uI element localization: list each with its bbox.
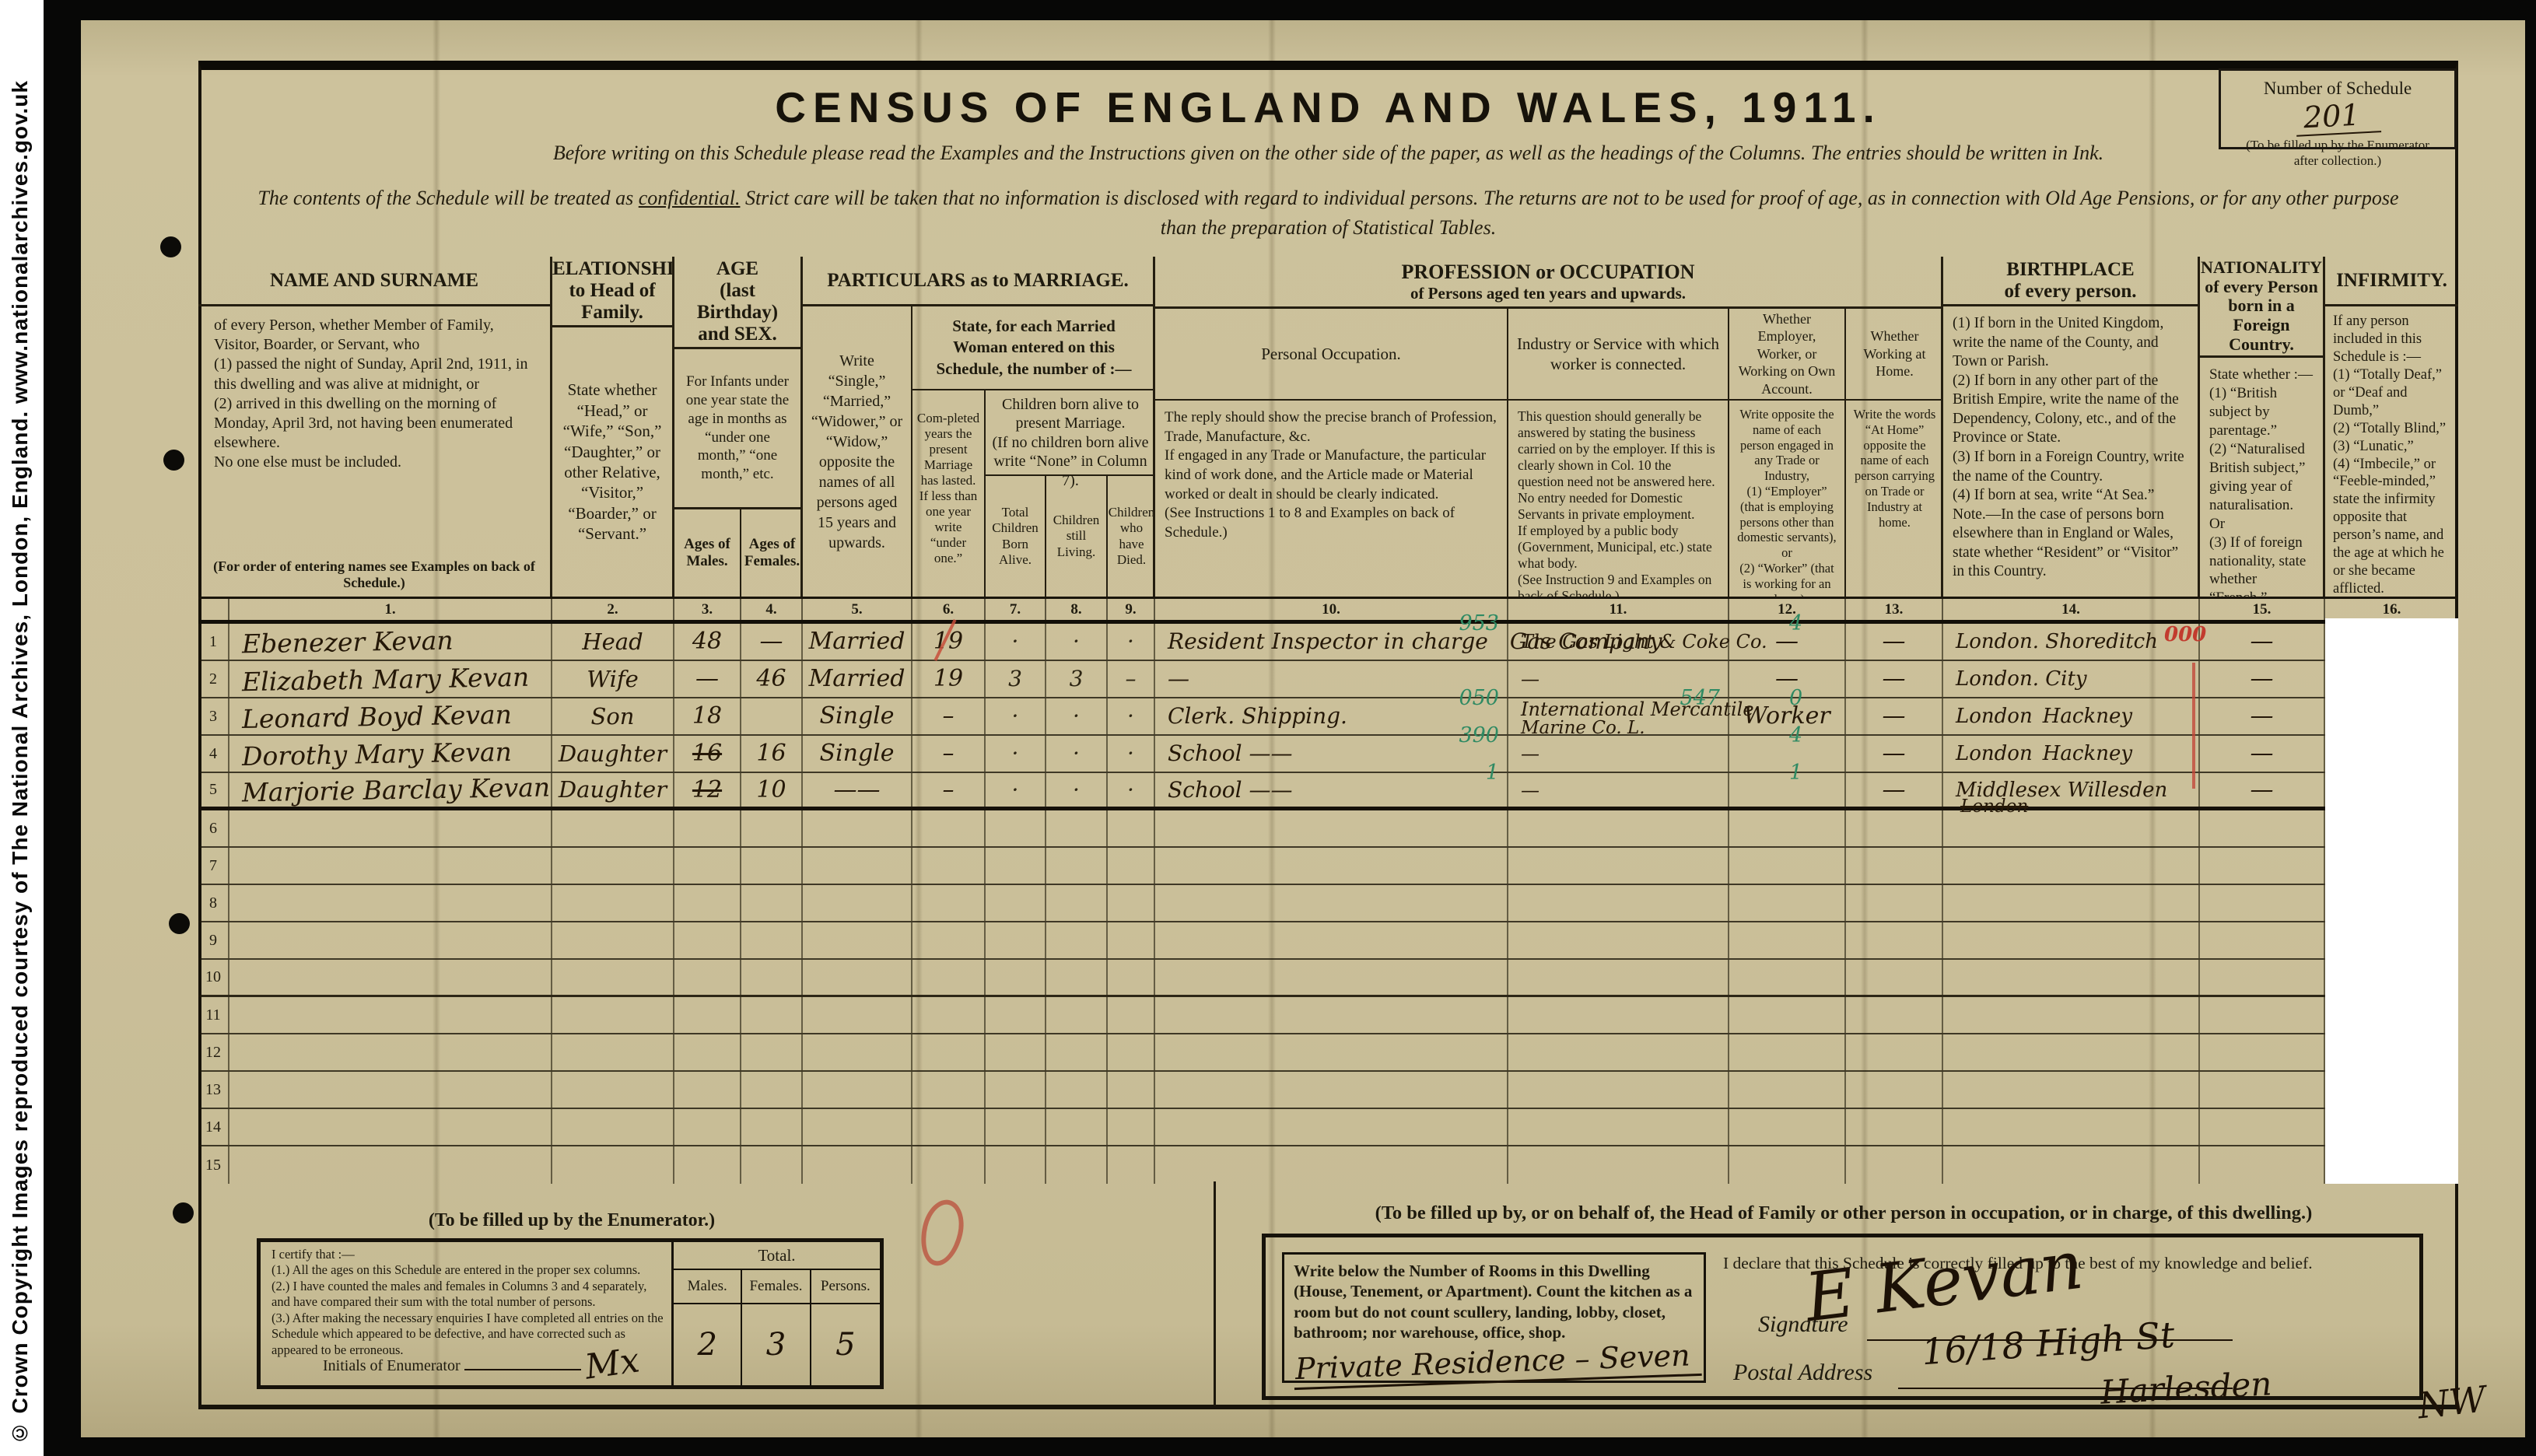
cell-marriage-condition — [803, 922, 912, 958]
cell-children-born — [986, 1146, 1046, 1184]
cell-at-home — [1846, 1109, 1943, 1145]
cell-children-living — [1046, 922, 1108, 958]
cell-age-females — [741, 1034, 803, 1070]
punch-hole — [173, 1202, 194, 1223]
cell-personal-occupation — [1155, 885, 1508, 921]
cell-text: Son — [590, 705, 634, 728]
instruction-line-1: Before writing on this Schedule please r… — [233, 142, 2423, 165]
cell-name: Ebenezer Kevan — [229, 624, 552, 660]
cell-birthplace — [1943, 997, 2200, 1033]
cell-text: London. Shoreditch — [1956, 632, 2158, 652]
cell-text: – — [943, 779, 955, 802]
cell-text: · — [1073, 631, 1080, 653]
header-relationship: RELATIONSHIP to Head of Family. State wh… — [552, 257, 674, 597]
table-row: 6 — [198, 810, 2458, 848]
cell-text: 14 — [205, 1118, 221, 1136]
cell-text: — — [1883, 705, 1906, 728]
cell-relationship — [552, 1146, 674, 1184]
cell-age-males: 16 — [674, 736, 741, 772]
header-marriage: PARTICULARS as to MARRIAGE. Write “Singl… — [803, 257, 1155, 597]
cell-at-home — [1846, 885, 1943, 921]
cell-nationality — [2200, 810, 2325, 846]
cell-children-died — [1108, 1146, 1155, 1184]
cell-children-living — [1046, 1146, 1108, 1184]
cell-employer-worker: 1 — [1729, 773, 1846, 807]
cell-text: — — [1168, 668, 1189, 690]
cell-employer-worker: 4 — [1729, 736, 1846, 772]
cell-children-born — [986, 885, 1046, 921]
cell-age-females — [741, 1146, 803, 1184]
cell-children-died — [1108, 997, 1155, 1033]
cell-industry: International MercantileMarine Co. L.547 — [1508, 698, 1729, 734]
cell-name — [229, 1109, 552, 1145]
cell-children-living: · — [1046, 698, 1108, 734]
cell-text: 19 — [933, 630, 963, 653]
cell-years-married: – — [912, 736, 986, 772]
column-number-7: 7. — [986, 599, 1046, 620]
cell-industry — [1508, 1146, 1729, 1184]
column-number-13: 13. — [1846, 599, 1943, 620]
cell-relationship — [552, 885, 674, 921]
header-employer-worker: Whether Employer, Worker, or Working on … — [1729, 309, 1846, 597]
cell-industry — [1508, 922, 1729, 958]
cell-age-males: 18 — [674, 698, 741, 734]
cell-nationality — [2200, 922, 2325, 958]
cell-name — [229, 997, 552, 1033]
cell-text: — — [1521, 744, 1539, 763]
header-children-born: Total Children Born Alive. — [986, 476, 1046, 597]
cell-industry: — — [1508, 773, 1729, 807]
copyright-strip: © Crown Copyright Images reproduced cour… — [0, 0, 44, 1456]
cell-age-males — [674, 1109, 741, 1145]
rooms-instructions: Write below the Number of Rooms in this … — [1294, 1261, 1694, 1343]
cell-age-females — [741, 810, 803, 846]
cell-age-males — [674, 922, 741, 958]
cell-age-males — [674, 885, 741, 921]
cell-children-died — [1108, 1034, 1155, 1070]
cell-text: · — [1012, 631, 1019, 653]
cell-children-living — [1046, 1072, 1108, 1108]
cell-age-males: 48 — [674, 624, 741, 660]
cell-text: 1 — [209, 633, 217, 651]
cell-birthplace — [1943, 960, 2200, 995]
cell-birthplace — [1943, 1146, 2200, 1184]
cell-text: 16 — [756, 742, 786, 765]
cell-row-number: 11 — [198, 997, 229, 1033]
column-number-5: 5. — [803, 599, 912, 620]
cell-age-females: — — [741, 624, 803, 660]
cell-text: — — [695, 667, 719, 691]
cell-children-born — [986, 1072, 1046, 1108]
cell-row-number: 6 — [198, 810, 229, 846]
cell-age-males: — — [674, 661, 741, 697]
cell-text: 16 — [692, 742, 722, 765]
cell-children-born: · — [986, 624, 1046, 660]
cell-at-home — [1846, 1072, 1943, 1108]
cell-text: London Hackney — [1956, 706, 2132, 726]
cell-children-born: · — [986, 773, 1046, 807]
cell-children-born: 3 — [986, 661, 1046, 697]
header-marriage-condition: Write “Single,” “Married,” “Widower,” or… — [803, 306, 912, 597]
cell-text: The Gas Light & Coke Co. — [1521, 632, 1767, 651]
cell-age-males — [674, 960, 741, 995]
cell-text: 3 — [1008, 668, 1022, 690]
green-clerk-code: 953 — [1459, 611, 1499, 635]
cell-children-born: · — [986, 736, 1046, 772]
column-number-blank — [198, 599, 229, 620]
females-total: 3 — [742, 1304, 811, 1385]
cell-text: Elizabeth Mary Kevan — [242, 663, 530, 694]
cell-employer-worker — [1729, 885, 1846, 921]
enumerator-initials: Initials of Enumerator Mx — [323, 1339, 639, 1379]
cell-children-born — [986, 848, 1046, 884]
cell-years-married — [912, 997, 986, 1033]
column-number-2: 2. — [552, 599, 674, 620]
cell-text: 3 — [1070, 668, 1084, 690]
cell-nationality — [2200, 1072, 2325, 1108]
header-children-died: Children who have Died. — [1108, 476, 1155, 597]
table-row: 11 — [198, 997, 2458, 1034]
cell-text: 12 — [692, 779, 722, 802]
cell-name — [229, 1034, 552, 1070]
cell-row-number: 1 — [198, 624, 229, 660]
cell-name: Leonard Boyd Kevan — [229, 698, 552, 734]
cell-age-females — [741, 1109, 803, 1145]
column-number-row: 1.2.3.4.5.6.7.8.9.10.11.12.13.14.15.16. — [198, 599, 2458, 624]
cell-age-females — [741, 848, 803, 884]
column-number-4: 4. — [741, 599, 803, 620]
cell-text: 5 — [209, 781, 217, 799]
cell-nationality: — — [2200, 773, 2325, 807]
cell-personal-occupation — [1155, 1034, 1508, 1070]
cell-age-females: 16 — [741, 736, 803, 772]
column-number-15: 15. — [2200, 599, 2325, 620]
header-name: NAME AND SURNAME of every Person, whethe… — [198, 257, 552, 597]
cell-text: 6 — [209, 820, 217, 838]
cell-relationship — [552, 960, 674, 995]
cell-years-married — [912, 1109, 986, 1145]
postal-address-label: Postal Address — [1733, 1360, 1872, 1386]
cell-text: – — [1126, 668, 1137, 690]
rooms-box: Write below the Number of Rooms in this … — [1282, 1252, 1706, 1383]
cell-text: 10 — [756, 779, 786, 802]
table-body: 1Ebenezer KevanHead48—Married19···Reside… — [198, 624, 2458, 1184]
column-number-6: 6. — [912, 599, 986, 620]
cell-personal-occupation — [1155, 1072, 1508, 1108]
cell-text: — — [1883, 667, 1906, 691]
cell-relationship: Daughter — [552, 773, 674, 807]
total-label: Total. — [674, 1242, 880, 1270]
cell-text: 11 — [205, 1006, 220, 1024]
green-clerk-code: 0 — [1789, 686, 1802, 710]
cell-years-married — [912, 885, 986, 921]
cell-marriage-condition — [803, 810, 912, 846]
cell-text: 8 — [209, 894, 217, 912]
cell-text-line2: Marine Co. L. — [1521, 718, 1645, 738]
cell-relationship — [552, 1072, 674, 1108]
column-number-12: 12. — [1729, 599, 1846, 620]
rooms-value: Private Residence – Seven — [1293, 1338, 1701, 1390]
cell-text: · — [1073, 705, 1080, 727]
cell-text: 3 — [209, 708, 217, 726]
cell-relationship: Daughter — [552, 736, 674, 772]
header-profession: PROFESSION or OCCUPATION of Persons aged… — [1155, 257, 1943, 597]
table-row: 9 — [198, 922, 2458, 960]
cell-age-males — [674, 848, 741, 884]
cell-text: — — [1883, 630, 1906, 653]
cell-marriage-condition — [803, 997, 912, 1033]
males-total: 2 — [674, 1304, 742, 1385]
cell-children-living: · — [1046, 624, 1108, 660]
cell-children-living: · — [1046, 736, 1108, 772]
cell-years-married — [912, 1146, 986, 1184]
cell-text: 12 — [205, 1044, 221, 1062]
cell-row-number: 15 — [198, 1146, 229, 1184]
cell-industry — [1508, 848, 1729, 884]
redaction-overlay — [2325, 618, 2458, 1184]
cell-industry — [1508, 810, 1729, 846]
cell-name — [229, 848, 552, 884]
cell-children-living: · — [1046, 773, 1108, 807]
cell-employer-worker — [1729, 997, 1846, 1033]
cell-age-females — [741, 885, 803, 921]
cell-relationship: Wife — [552, 661, 674, 697]
cell-text: Ebenezer Kevan — [242, 627, 454, 656]
column-number-3: 3. — [674, 599, 741, 620]
cell-children-living — [1046, 1034, 1108, 1070]
cell-row-number: 9 — [198, 922, 229, 958]
cell-text: — — [2251, 630, 2274, 653]
cell-children-living — [1046, 885, 1108, 921]
cell-industry: — — [1508, 736, 1729, 772]
cell-row-number: 12 — [198, 1034, 229, 1070]
cell-at-home: — — [1846, 773, 1943, 807]
cell-children-living — [1046, 997, 1108, 1033]
header-married-woman: State, for each Married Woman entered on… — [912, 306, 1155, 390]
cell-nationality: — — [2200, 736, 2325, 772]
cell-personal-occupation: School ——1 — [1155, 773, 1508, 807]
males-label: Males. — [674, 1270, 742, 1303]
cell-children-died — [1108, 922, 1155, 958]
table-row: 12 — [198, 1034, 2458, 1072]
cell-at-home — [1846, 1034, 1943, 1070]
postal-address-value-3: NW — [2415, 1378, 2488, 1427]
cell-personal-occupation — [1155, 1109, 1508, 1145]
cell-age-males — [674, 997, 741, 1033]
column-number-14: 14. — [1943, 599, 2200, 620]
cell-text: — — [2251, 667, 2274, 691]
cell-employer-worker: — — [1729, 661, 1846, 697]
cell-birthplace: London Hackney — [1943, 698, 2200, 734]
green-clerk-code: 4 — [1789, 611, 1802, 635]
table-row: 10 — [198, 960, 2458, 997]
cell-row-number: 5 — [198, 773, 229, 807]
cell-text: Clerk. Shipping. — [1168, 705, 1347, 727]
cell-text: 9 — [209, 932, 217, 950]
header-industry: Industry or Service with which worker is… — [1508, 309, 1729, 597]
cell-name: Marjorie Barclay Kevan — [229, 773, 552, 807]
cell-text: · — [1127, 631, 1134, 653]
column-number-11: 11. — [1508, 599, 1729, 620]
cell-age-females: 10 — [741, 773, 803, 807]
cell-personal-occupation — [1155, 922, 1508, 958]
header-children-living: Children still Living. — [1046, 476, 1108, 597]
cell-text: Single — [819, 742, 894, 765]
cell-text: 10 — [205, 968, 221, 986]
cell-birthplace — [1943, 922, 2200, 958]
cell-text: · — [1012, 779, 1019, 801]
cell-nationality: — — [2200, 698, 2325, 734]
cell-row-number: 7 — [198, 848, 229, 884]
cell-industry — [1508, 1034, 1729, 1070]
cell-text: — — [760, 630, 783, 653]
cell-row-number: 2 — [198, 661, 229, 697]
cell-birthplace: London. Shoreditch000 — [1943, 624, 2200, 660]
cell-birthplace: London. City — [1943, 661, 2200, 697]
cell-relationship — [552, 810, 674, 846]
cell-at-home: — — [1846, 736, 1943, 772]
struck-text: London — [1960, 796, 2028, 817]
cell-text: 2 — [209, 670, 217, 688]
cell-age-males — [674, 1034, 741, 1070]
cell-nationality — [2200, 1034, 2325, 1070]
cell-text: · — [1127, 705, 1134, 727]
cell-nationality — [2200, 885, 2325, 921]
cell-relationship — [552, 997, 674, 1033]
table-row: 14 — [198, 1109, 2458, 1146]
females-label: Females. — [742, 1270, 811, 1303]
cell-at-home — [1846, 1146, 1943, 1184]
table-row: 7 — [198, 848, 2458, 885]
cell-children-born — [986, 810, 1046, 846]
header-ages-females: Ages of Females. — [741, 509, 803, 597]
cell-years-married — [912, 922, 986, 958]
persons-label: Persons. — [811, 1270, 880, 1303]
census-document-page: © Crown Copyright Images reproduced cour… — [0, 0, 2536, 1456]
cell-marriage-condition — [803, 960, 912, 995]
cell-personal-occupation: Resident Inspector in charge Gas Company… — [1155, 624, 1508, 660]
cell-marriage-condition — [803, 848, 912, 884]
cell-years-married — [912, 848, 986, 884]
table-row: 3Leonard Boyd KevanSon18Single–···Clerk.… — [198, 698, 2458, 736]
cell-birthplace — [1943, 1109, 2200, 1145]
cell-relationship — [552, 922, 674, 958]
cell-name — [229, 960, 552, 995]
enumerator-initials-signature: Mx — [582, 1340, 641, 1387]
cell-name — [229, 1146, 552, 1184]
cell-nationality: — — [2200, 661, 2325, 697]
cell-industry — [1508, 1072, 1729, 1108]
cell-name: Elizabeth Mary Kevan — [229, 661, 552, 697]
header-infirmity: INFIRMITY. If any person included in thi… — [2325, 257, 2458, 597]
header-age-sex: AGE (last Birthday) and SEX. For Infants… — [674, 257, 803, 597]
cell-marriage-condition: Single — [803, 736, 912, 772]
instruction-line-2b: than the preparation of Statistical Tabl… — [233, 216, 2423, 240]
cell-text: – — [943, 742, 955, 765]
cell-employer-worker — [1729, 810, 1846, 846]
cell-text: · — [1012, 705, 1019, 727]
cell-text: London. City — [1956, 669, 2087, 689]
cell-relationship: Head — [552, 624, 674, 660]
cell-employer-worker — [1729, 960, 1846, 995]
cell-years-married: 19 — [912, 624, 986, 660]
cell-industry — [1508, 885, 1729, 921]
cell-text: 15 — [205, 1157, 221, 1174]
cell-row-number: 3 — [198, 698, 229, 734]
cell-nationality — [2200, 1109, 2325, 1145]
cell-children-born — [986, 922, 1046, 958]
cell-age-males — [674, 1072, 741, 1108]
cell-text: Single — [819, 705, 894, 728]
cell-birthplace — [1943, 1034, 2200, 1070]
household-section-label: (To be filled up by, or on behalf of, th… — [1276, 1202, 2412, 1224]
cell-children-living — [1046, 960, 1108, 995]
cell-text: Daughter — [559, 779, 667, 801]
cell-text: 13 — [205, 1081, 221, 1099]
cell-children-died: · — [1108, 736, 1155, 772]
green-clerk-code: 390 — [1459, 723, 1499, 747]
cell-children-died: – — [1108, 661, 1155, 697]
cell-age-females — [741, 960, 803, 995]
cell-row-number: 8 — [198, 885, 229, 921]
table-row: 4Dorothy Mary KevanDaughter1616Single–··… — [198, 736, 2458, 773]
census-table: NAME AND SURNAME of every Person, whethe… — [198, 257, 2458, 1184]
totals-section: Total. Males. Females. Persons. 2 3 5 — [671, 1242, 880, 1385]
cell-employer-worker — [1729, 848, 1846, 884]
header-ages-males: Ages of Males. — [674, 509, 741, 597]
cell-years-married — [912, 960, 986, 995]
cell-birthplace: Middlesex WillesdenLondon — [1943, 773, 2200, 807]
column-number-8: 8. — [1046, 599, 1108, 620]
table-row: 2Elizabeth Mary KevanWife—46Married1933–… — [198, 661, 2458, 698]
column-number-1: 1. — [229, 599, 552, 620]
cell-at-home — [1846, 848, 1943, 884]
cell-age-females — [741, 1072, 803, 1108]
cell-children-died — [1108, 960, 1155, 995]
cell-at-home — [1846, 922, 1943, 958]
cell-at-home: — — [1846, 624, 1943, 660]
cell-personal-occupation — [1155, 997, 1508, 1033]
table-row: 1Ebenezer KevanHead48—Married19···Reside… — [198, 624, 2458, 661]
cell-name — [229, 922, 552, 958]
cell-age-females: 46 — [741, 661, 803, 697]
header-nationality: NATIONALITY of every Person born in a Fo… — [2200, 257, 2325, 597]
cell-years-married: – — [912, 698, 986, 734]
cell-text: — — [2251, 705, 2274, 728]
cell-children-died — [1108, 1109, 1155, 1145]
column-number-9: 9. — [1108, 599, 1155, 620]
cell-nationality: — — [2200, 624, 2325, 660]
cell-personal-occupation — [1155, 848, 1508, 884]
table-header: NAME AND SURNAME of every Person, whethe… — [198, 257, 2458, 599]
cell-name — [229, 1072, 552, 1108]
confidential-emphasis: confidential. — [639, 187, 741, 209]
cell-at-home — [1846, 960, 1943, 995]
cell-marriage-condition — [803, 885, 912, 921]
enumerator-box: I certify that :— (1.) All the ages on t… — [257, 1238, 884, 1389]
column-number-10: 10. — [1155, 599, 1508, 620]
cell-at-home — [1846, 997, 1943, 1033]
cell-text: — — [1521, 781, 1539, 800]
cell-years-married: 19 — [912, 661, 986, 697]
cell-years-married — [912, 810, 986, 846]
cell-text: School —— — [1168, 743, 1292, 765]
cell-personal-occupation: — — [1155, 661, 1508, 697]
page-title: CENSUS OF ENGLAND AND WALES, 1911. — [198, 82, 2458, 132]
cell-industry — [1508, 960, 1729, 995]
cell-text: 4 — [209, 745, 217, 763]
cell-years-married: – — [912, 773, 986, 807]
